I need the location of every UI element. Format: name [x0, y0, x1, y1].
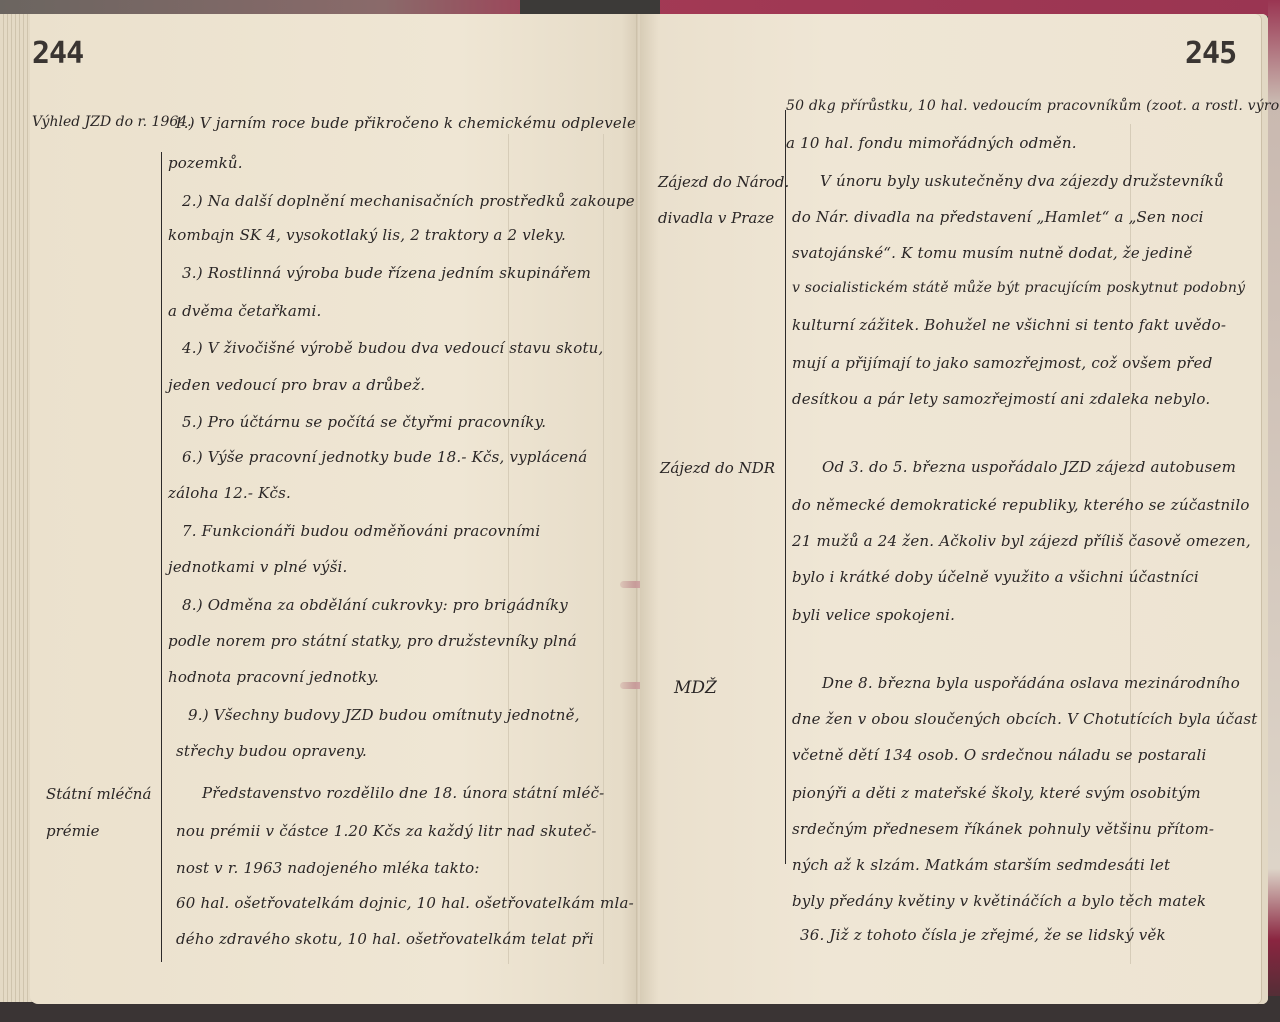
text-line: bylo i krátké doby účelně využito a všic… — [792, 568, 1199, 586]
margin-rule-left — [161, 152, 162, 962]
margin-note-statni-premie: Státní mléčná prémie — [46, 776, 151, 850]
text-line: kombajn SK 4, vysokotlaký lis, 2 traktor… — [168, 226, 566, 244]
text-line: dne žen v obou sloučených obcích. V Chot… — [792, 710, 1258, 728]
text-line: do Nár. divadla na představení „Hamlet“ … — [792, 208, 1204, 226]
text-line: srdečným přednesem říkánek pohnuly větši… — [792, 820, 1214, 838]
text-line: Dne 8. března byla uspořádána oslava mez… — [822, 674, 1240, 692]
text-line: 3.) Rostlinná výroba bude řízena jedním … — [182, 264, 591, 282]
text-line: byli velice spokojeni. — [792, 606, 955, 624]
text-line: dého zdravého skotu, 10 hal. ošetřovatel… — [176, 930, 594, 948]
text-line: desítkou a pár lety samozřejmostí ani zd… — [792, 390, 1210, 408]
text-line: 60 hal. ošetřovatelkám dojnic, 10 hal. o… — [176, 894, 634, 912]
text-line: pionýři a děti z mateřské školy, které s… — [792, 784, 1201, 802]
text-line: do německé demokratické republiky, které… — [792, 496, 1250, 514]
margin-note-mdz: MDŽ — [674, 670, 717, 707]
text-line: nou prémii v částce 1.20 Kčs za každý li… — [176, 822, 597, 840]
margin-note-line: divadla v Praze — [658, 200, 789, 236]
text-line: jeden vedoucí pro brav a drůbež. — [168, 376, 425, 394]
text-line: záloha 12.- Kčs. — [168, 484, 291, 502]
margin-note-zajezd-narodni-divadlo: Zájezd do Národ. divadla v Praze — [658, 164, 789, 236]
margin-note-line: Zájezd do Národ. — [658, 164, 789, 200]
text-line: 4.) V živočišné výrobě budou dva vedoucí… — [182, 339, 604, 357]
text-line: a 10 hal. fondu mimořádných odměn. — [786, 134, 1077, 152]
text-line: 50 dkg přírůstku, 10 hal. vedoucím praco… — [786, 98, 1280, 114]
text-line: 9.) Všechny budovy JZD budou omítnuty je… — [188, 706, 580, 724]
text-line: střechy budou opraveny. — [176, 742, 367, 760]
page-number-right: 245 — [1185, 36, 1236, 71]
right-page: 245 Zájezd do Národ. divadla v Praze Záj… — [640, 14, 1268, 1004]
text-line: Od 3. do 5. března uspořádalo JZD zájezd… — [822, 458, 1236, 476]
text-line: 5.) Pro účtárnu se počítá se čtyřmi prac… — [182, 413, 546, 431]
text-line: kulturní zážitek. Bohužel ne všichni si … — [792, 316, 1226, 334]
text-line: nost v r. 1963 nadojeného mléka takto: — [176, 859, 480, 877]
text-line: jednotkami v plné výši. — [168, 558, 347, 576]
margin-note-zajezd-ndr: Zájezd do NDR — [660, 450, 775, 487]
text-line: 36. Již z tohoto čísla je zřejmé, že se … — [800, 926, 1166, 944]
margin-note-line: prémie — [46, 813, 151, 850]
margin-note-line: Státní mléčná — [46, 776, 151, 813]
left-page: 244 Výhled JZD do r. 1964. Státní mléčná… — [30, 14, 640, 1004]
book-cover-right — [1268, 0, 1280, 1022]
text-line: pozemků. — [168, 154, 243, 172]
page-number-left: 244 — [32, 36, 83, 71]
text-line: svatojánské“. K tomu musím nutně dodat, … — [792, 244, 1193, 262]
text-line: 1.) V jarním roce bude přikročeno k chem… — [174, 114, 651, 132]
page-stack-edge — [0, 14, 34, 1002]
text-line: v socialistickém státě může být pracujíc… — [792, 280, 1245, 296]
text-line: 6.) Výše pracovní jednotky bude 18.- Kčs… — [182, 448, 587, 466]
text-line: hodnota pracovní jednotky. — [168, 668, 379, 686]
text-line: 7. Funkcionáři budou odměňováni pracovní… — [182, 522, 540, 540]
text-line: a dvěma četařkami. — [168, 302, 321, 320]
text-line: ných až k slzám. Matkám starším sedmdesá… — [792, 856, 1170, 874]
ruled-guide — [603, 134, 604, 964]
text-line: byly předány květiny v květináčích a byl… — [792, 892, 1206, 910]
text-line: včetně dětí 134 osob. O srdečnou náladu … — [792, 746, 1207, 764]
text-line: podle norem pro státní statky, pro družs… — [168, 632, 577, 650]
margin-note-vyhled: Výhled JZD do r. 1964. — [32, 104, 192, 141]
text-line: 2.) Na další doplnění mechanisačních pro… — [182, 192, 645, 210]
text-line: mují a přijímají to jako samozřejmost, c… — [792, 354, 1213, 372]
text-line: 8.) Odměna za obdělání cukrovky: pro bri… — [182, 596, 568, 614]
text-line: V únoru byly uskutečněny dva zájezdy dru… — [820, 172, 1224, 190]
text-line: 21 mužů a 24 žen. Ačkoliv byl zájezd pří… — [792, 532, 1251, 550]
text-line: Představenstvo rozdělilo dne 18. února s… — [202, 784, 604, 802]
